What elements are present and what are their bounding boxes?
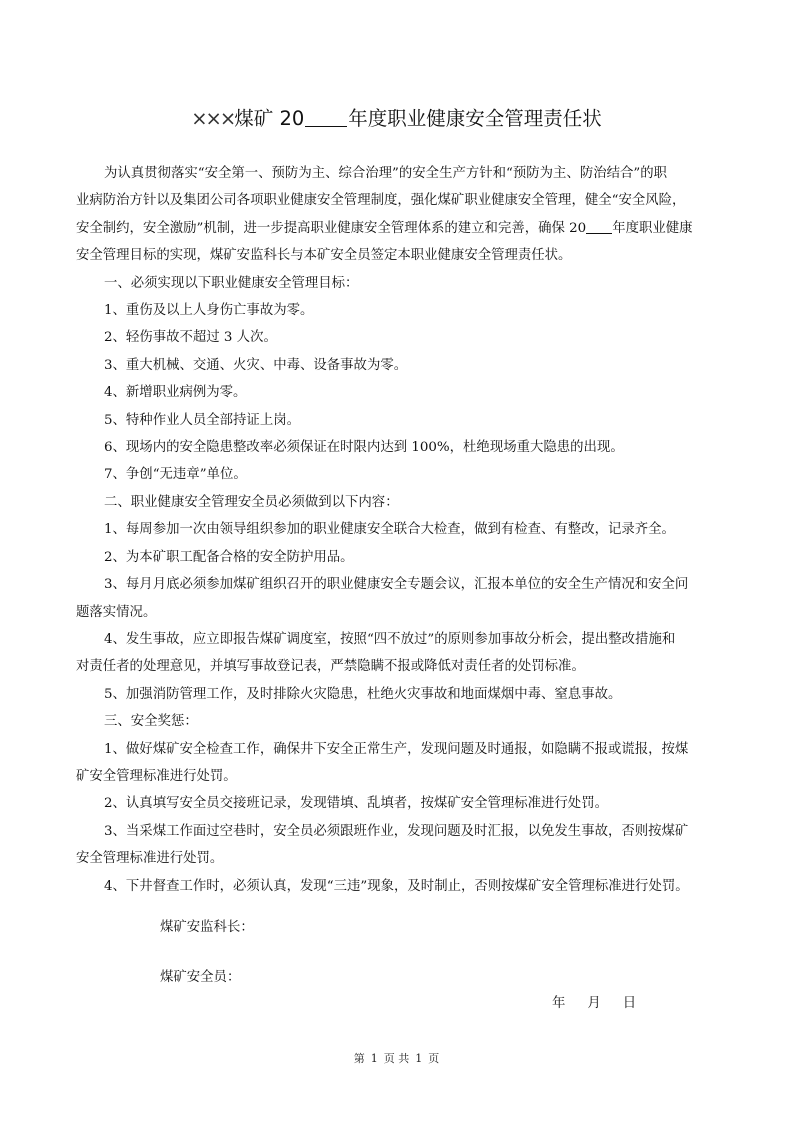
- section-3-item: 2、认真填写安全员交接班记录，发现错填、乱填者，按煤矿安全管理标准进行处罚。: [76, 790, 721, 817]
- footer-page-current: 1: [371, 1052, 378, 1065]
- section-3: 三、安全奖惩： 1、做好煤矿安全检查工作，确保井下安全正常生产，发现问题及时通报…: [76, 708, 721, 900]
- footer-page-total: 1: [415, 1052, 422, 1065]
- section-3-item: 3、当采煤工作面过空巷时，安全员必须跟班作业，发现问题及时汇报，以免发生事故，否…: [76, 818, 721, 845]
- signature-officer-label: 煤矿安全员：: [160, 968, 240, 988]
- section-2: 二、职业健康安全管理安全员必须做到以下内容： 1、每周参加一次由领导组织参加的职…: [76, 489, 721, 708]
- footer-page-suffix: 页: [428, 1052, 439, 1065]
- intro-line-3-after: 年度职业健康: [612, 221, 692, 236]
- section-1-item: 1、重伤及以上人身伤亡事故为零。: [76, 297, 721, 324]
- document-page: ×××煤矿 20年度职业健康安全管理责任状 为认真贯彻落实“安全第一、预防为主、…: [0, 0, 793, 1122]
- intro-line-3-before: 安全制约，安全激励”机制，进一步提高职业健康安全管理体系的建立和完善，确保 20: [76, 221, 586, 236]
- section-1-item: 2、轻伤事故不超过 3 人次。: [76, 324, 721, 351]
- date-year-label: 年: [552, 994, 565, 1014]
- section-1-item: 7、争创“无违章”单位。: [76, 461, 721, 488]
- signature-date: 年月日: [552, 994, 636, 1014]
- section-3-item-continuation: 安全管理标准进行处罚。: [76, 845, 721, 872]
- section-2-item-continuation: 对责任者的处理意见，并填写事故登记表，严禁隐瞒不报或降低对责任者的处罚标准。: [76, 653, 721, 680]
- section-1-item: 3、重大机械、交通、火灾、中毒、设备事故为零。: [76, 352, 721, 379]
- title-year-blank: [305, 106, 347, 127]
- intro-line-4: 安全管理目标的实现，煤矿安监科长与本矿安全员签定本职业健康安全管理责任状。: [76, 242, 721, 269]
- date-month-label: 月: [587, 994, 600, 1014]
- section-3-item: 1、做好煤矿安全检查工作，确保井下安全正常生产，发现问题及时通报，如隐瞒不报或谎…: [76, 736, 721, 763]
- footer-page-mid: 页 共: [384, 1052, 410, 1065]
- section-1-heading: 一、必须实现以下职业健康安全管理目标：: [76, 270, 721, 297]
- title-after-blank: 年度职业健康安全管理责任状: [348, 107, 602, 130]
- intro-year-blank: [586, 219, 612, 234]
- section-3-heading: 三、安全奖惩：: [76, 708, 721, 735]
- section-1: 一、必须实现以下职业健康安全管理目标： 1、重伤及以上人身伤亡事故为零。 2、轻…: [76, 270, 721, 489]
- intro-paragraph: 为认真贯彻落实“安全第一、预防为主、综合治理”的安全生产方针和“预防为主、防治结…: [76, 160, 721, 270]
- document-body: 为认真贯彻落实“安全第一、预防为主、综合治理”的安全生产方针和“预防为主、防治结…: [76, 160, 721, 900]
- intro-line-2: 业病防治方针以及集团公司各项职业健康安全管理制度，强化煤矿职业健康安全管理，健全…: [76, 187, 721, 214]
- section-3-item: 4、下井督查工作时，必须认真，发现“三违”现象，及时制止，否则按煤矿安全管理标准…: [76, 873, 721, 900]
- section-1-item: 6、现场内的安全隐患整改率必须保证在时限内达到 100%，杜绝现场重大隐患的出现…: [76, 434, 721, 461]
- page-footer: 第1页 共1页: [0, 1051, 793, 1067]
- date-day-label: 日: [623, 994, 636, 1014]
- section-2-heading: 二、职业健康安全管理安全员必须做到以下内容：: [76, 489, 721, 516]
- section-2-item: 1、每周参加一次由领导组织参加的职业健康安全联合大检查，做到有检查、有整改，记录…: [76, 516, 721, 543]
- section-3-item-continuation: 矿安全管理标准进行处罚。: [76, 763, 721, 790]
- section-1-item: 4、新增职业病例为零。: [76, 379, 721, 406]
- document-title: ×××煤矿 20年度职业健康安全管理责任状: [0, 104, 793, 134]
- section-1-item: 5、特种作业人员全部持证上岗。: [76, 407, 721, 434]
- title-before-blank: 煤矿 20: [234, 107, 304, 130]
- section-2-item: 2、为本矿职工配备合格的安全防护用品。: [76, 544, 721, 571]
- section-2-item: 4、发生事故，应立即报告煤矿调度室，按照“四不放过”的原则参加事故分析会，提出整…: [76, 626, 721, 653]
- signature-chief-label: 煤矿安监科长：: [160, 918, 254, 938]
- section-2-item-continuation: 题落实情况。: [76, 599, 721, 626]
- section-2-item: 5、加强消防管理工作，及时排除火灾隐患，杜绝火灾事故和地面煤烟中毒、窒息事故。: [76, 681, 721, 708]
- title-placeholder-marks: ×××: [191, 107, 234, 130]
- intro-line-1: 为认真贯彻落实“安全第一、预防为主、综合治理”的安全生产方针和“预防为主、防治结…: [76, 160, 721, 187]
- footer-page-prefix: 第: [354, 1052, 365, 1065]
- intro-line-3: 安全制约，安全激励”机制，进一步提高职业健康安全管理体系的建立和完善，确保 20…: [76, 215, 721, 242]
- section-2-item: 3、每月月底必须参加煤矿组织召开的职业健康安全专题会议，汇报本单位的安全生产情况…: [76, 571, 721, 598]
